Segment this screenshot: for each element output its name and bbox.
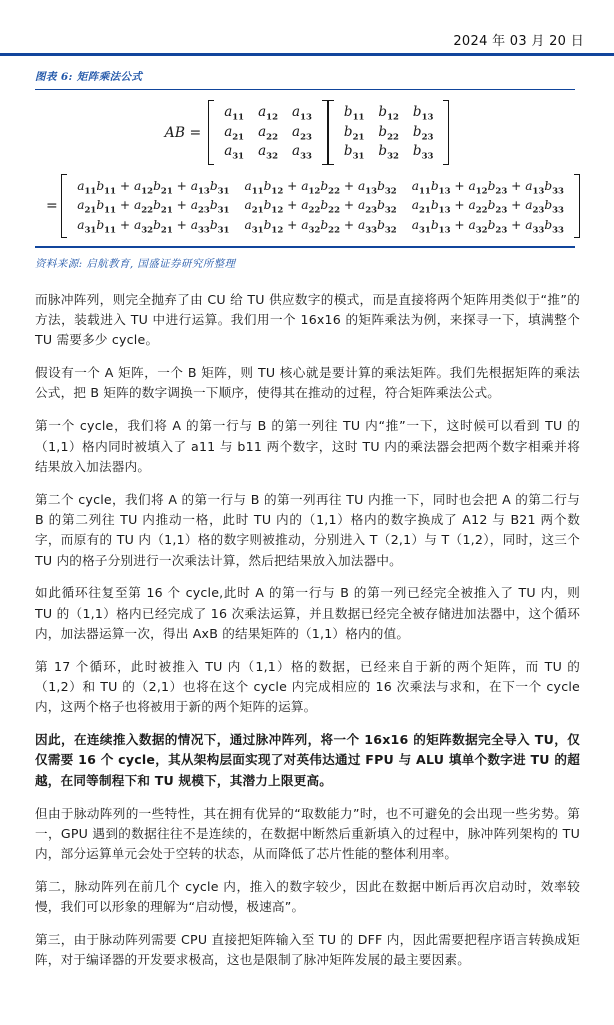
paragraph: 如此循环往复至第 16 个 cycle,此时 A 的第一行与 B 的第一列已经完… [35,583,580,644]
matrix-cell: b11 [337,103,372,123]
paragraph: 因此，在连续推入数据的情况下，通过脉冲阵列，将一个 16x16 的矩阵数据完全导… [35,730,580,791]
matrix-row: a31a32a33 [217,142,319,162]
matrix-row: a11b11 + a12b21 + a13b31a11b12 + a12b22 … [70,177,572,197]
paragraph: 第一个 cycle，我们将 A 的第一行与 B 的第一列往 TU 内“推”一下，… [35,416,580,477]
report-date: 2024 年 03 月 20 日 [0,0,614,53]
figure-source: 资料来源: 启航教育, 国盛证券研究所整理 [35,256,580,271]
matrix-cell: b13 [406,103,441,123]
paragraph: 第二个 cycle，我们将 A 的第一行与 B 的第一列再往 TU 内推一下，同… [35,490,580,571]
matrix-row: a21b11 + a22b21 + a23b31a21b12 + a22b22 … [70,196,572,216]
matrix-formula: AB = a11a12a13a21a22a23a31a32a33 b11b12b… [0,90,614,246]
matrix-cell: a12 [251,103,285,123]
paragraph: 假设有一个 A 矩阵，一个 B 矩阵，则 TU 核心就是要计算的乘法矩阵。我们先… [35,363,580,404]
report-page: 2024 年 03 月 20 日 图表 6: 矩阵乘法公式 AB = a11a1… [0,0,614,1025]
matrix-row: a11a12a13 [217,103,319,123]
matrix-row: a21a22a23 [217,123,319,143]
equals-sign: = [46,198,58,214]
matrix-cell: a31b13 + a32b23 + a33b33 [404,216,571,236]
header-rule [0,53,614,56]
matrix-product: a11b11 + a12b21 + a13b31a11b12 + a12b22 … [61,174,581,239]
matrix-cell: b33 [406,142,441,162]
paragraph: 但由于脉动阵列的一些特性，其在拥有优异的“取数能力”时，也不可避免的会出现一些劣… [35,804,580,865]
matrix-cell: a11b13 + a12b23 + a13b33 [404,177,571,197]
matrix-cell: a23 [285,123,319,143]
matrix-row: b21b22b23 [337,123,441,143]
matrix-cell: b22 [371,123,406,143]
matrix-cell: a31 [217,142,251,162]
matrix-cell: b21 [337,123,372,143]
matrix-b: b11b12b13b21b22b23b31b32b33 [328,100,450,165]
source-rule [35,246,575,247]
matrix-cell: b23 [406,123,441,143]
paragraph: 第 17 个循环，此时被推入 TU 内（1,1）格的数据，已经来自于新的两个矩阵… [35,657,580,718]
formula-line-2: = a11b11 + a12b21 + a13b31a11b12 + a12b2… [46,174,614,239]
matrix-cell: a11b11 + a12b21 + a13b31 [70,177,237,197]
matrix-row: a31b11 + a32b21 + a33b31a31b12 + a32b22 … [70,216,572,236]
matrix-cell: a13 [285,103,319,123]
matrix-cell: a31b11 + a32b21 + a33b31 [70,216,237,236]
matrix-cell: a21b12 + a22b22 + a23b32 [237,196,404,216]
matrix-cell: a21b11 + a22b21 + a23b31 [70,196,237,216]
matrix-cell: b12 [371,103,406,123]
formula-lhs: AB = [165,125,202,141]
matrix-a: a11a12a13a21a22a23a31a32a33 [208,100,328,165]
matrix-cell: a11b12 + a12b22 + a13b32 [237,177,404,197]
figure-caption: 图表 6: 矩阵乘法公式 [35,69,580,84]
matrix-cell: a33 [285,142,319,162]
matrix-cell: a31b12 + a32b22 + a33b32 [237,216,404,236]
matrix-cell: b31 [337,142,372,162]
article-body: 而脉冲阵列，则完全抛弃了由 CU 给 TU 供应数字的模式，而是直接将两个矩阵用… [35,290,580,971]
figure-block: 图表 6: 矩阵乘法公式 AB = a11a12a13a21a22a23a31a… [0,69,614,271]
matrix-cell: a32 [251,142,285,162]
matrix-cell: b32 [371,142,406,162]
matrix-row: b31b32b33 [337,142,441,162]
matrix-cell: a11 [217,103,251,123]
matrix-row: b11b12b13 [337,103,441,123]
matrix-cell: a21b13 + a22b23 + a23b33 [404,196,571,216]
paragraph: 第二，脉动阵列在前几个 cycle 内，推入的数字较少，因此在数据中断后再次启动… [35,877,580,918]
matrix-cell: a22 [251,123,285,143]
paragraph: 而脉冲阵列，则完全抛弃了由 CU 给 TU 供应数字的模式，而是直接将两个矩阵用… [35,290,580,351]
formula-line-1: AB = a11a12a13a21a22a23a31a32a33 b11b12b… [0,100,614,165]
paragraph: 第三，由于脉动阵列需要 CPU 直接把矩阵输入至 TU 的 DFF 内，因此需要… [35,930,580,971]
matrix-cell: a21 [217,123,251,143]
